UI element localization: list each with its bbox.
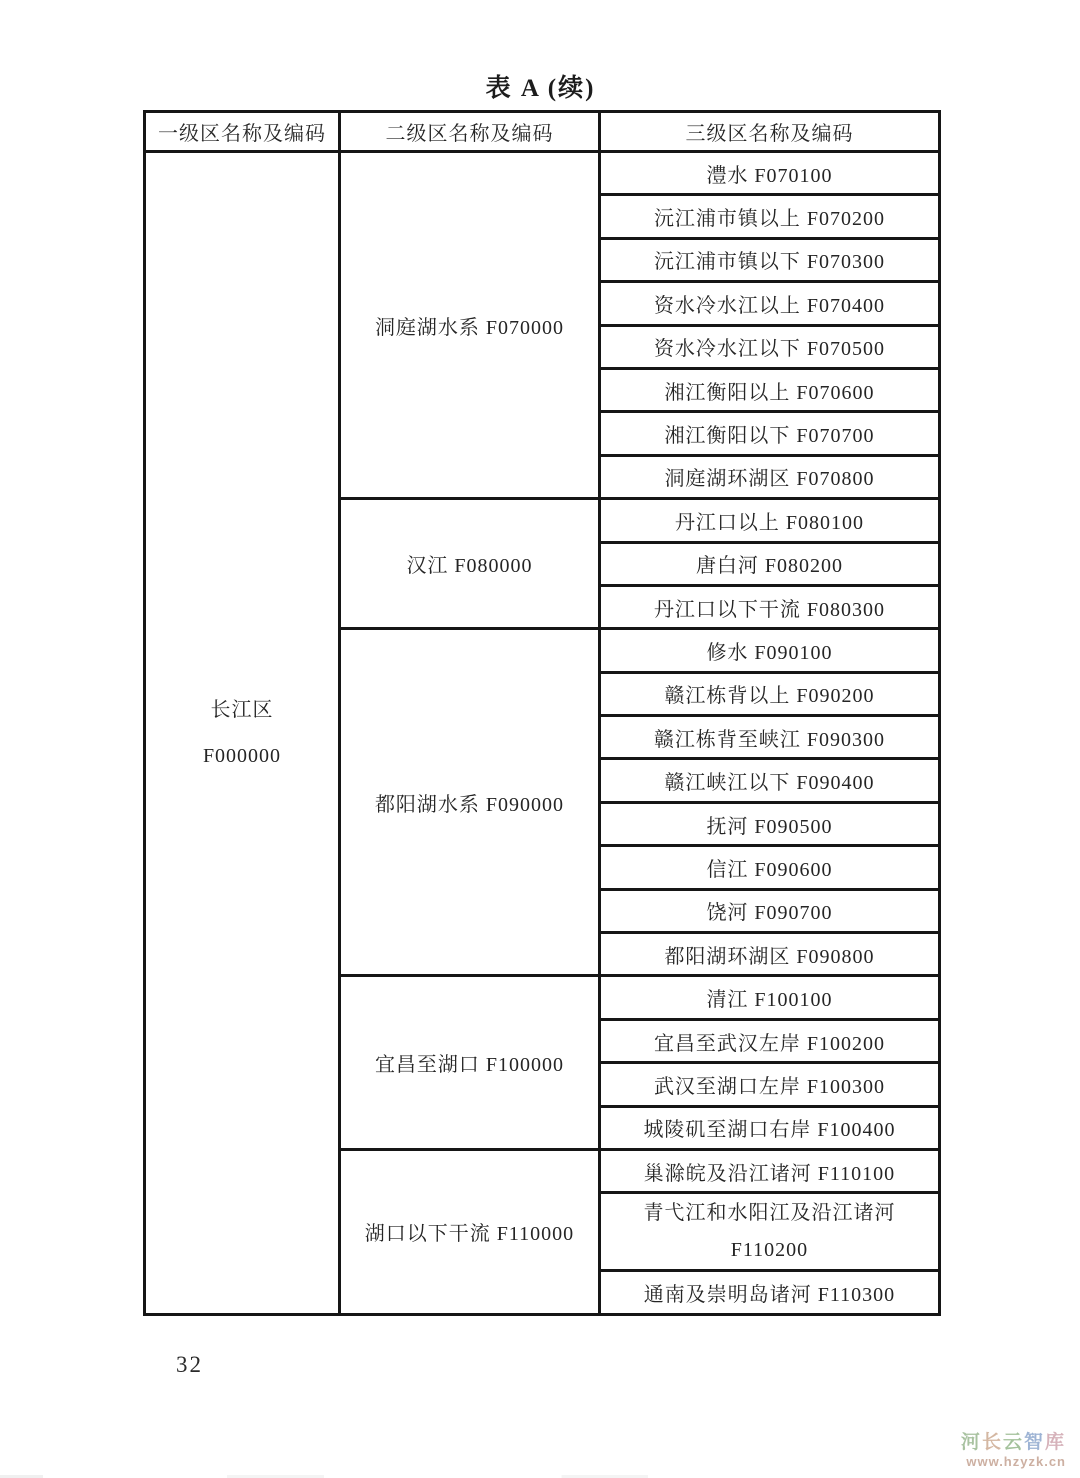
level3-region-line: 青弋江和水阳江及沿江诸河 — [605, 1195, 934, 1232]
table-header: 一级区名称及编码 二级区名称及编码 三级区名称及编码 — [145, 112, 940, 152]
level3-region-cell: 沅江浦市镇以下 F070300 — [600, 238, 940, 281]
watermark-url: www.hzyzk.cn — [961, 1454, 1066, 1470]
watermark-brand-char: 智 — [1024, 1432, 1045, 1453]
level3-region-cell: 湘江衡阳以上 F070600 — [600, 368, 940, 411]
level1-region-name: 长江区 — [150, 687, 334, 733]
table-body: 长江区F000000洞庭湖水系 F070000澧水 F070100沅江浦市镇以上… — [145, 152, 940, 1315]
table-title: 表 A (续) — [143, 68, 938, 104]
header-row: 一级区名称及编码 二级区名称及编码 三级区名称及编码 — [145, 112, 940, 152]
region-code-table: 一级区名称及编码 二级区名称及编码 三级区名称及编码 长江区F000000洞庭湖… — [143, 110, 941, 1316]
watermark: 河长云智库 www.hzyzk.cn — [961, 1432, 1066, 1470]
level3-region-cell: 澧水 F070100 — [600, 152, 940, 195]
level3-region-cell: 修水 F090100 — [600, 629, 940, 672]
level1-region-code: F000000 — [150, 733, 334, 779]
level3-region-cell: 信江 F090600 — [600, 846, 940, 889]
level2-region-cell: 汉江 F080000 — [340, 499, 600, 629]
watermark-brand-char: 长 — [982, 1432, 1003, 1453]
level1-region-cell: 长江区F000000 — [145, 152, 340, 1315]
level3-region-cell: 唐白河 F080200 — [600, 542, 940, 585]
level3-region-cell: 赣江峡江以下 F090400 — [600, 759, 940, 802]
level3-region-cell: 丹江口以下干流 F080300 — [600, 585, 940, 628]
header-level2: 二级区名称及编码 — [340, 112, 600, 152]
level3-region-cell: 抚河 F090500 — [600, 802, 940, 845]
level3-region-cell: 清江 F100100 — [600, 976, 940, 1019]
level3-region-line: F110200 — [605, 1232, 934, 1269]
level3-region-cell: 赣江栋背以上 F090200 — [600, 672, 940, 715]
level3-region-cell: 湘江衡阳以下 F070700 — [600, 412, 940, 455]
level3-region-cell: 通南及崇明岛诸河 F110300 — [600, 1271, 940, 1314]
level2-region-cell: 宜昌至湖口 F100000 — [340, 976, 600, 1150]
level3-region-cell: 武汉至湖口左岸 F100300 — [600, 1063, 940, 1106]
table-row: 长江区F000000洞庭湖水系 F070000澧水 F070100 — [145, 152, 940, 195]
watermark-brand: 河长云智库 — [961, 1432, 1066, 1455]
level2-region-cell: 都阳湖水系 F090000 — [340, 629, 600, 976]
level3-region-cell: 资水冷水江以上 F070400 — [600, 282, 940, 325]
header-level3: 三级区名称及编码 — [600, 112, 940, 152]
level3-region-cell: 赣江栋背至峡江 F090300 — [600, 716, 940, 759]
header-level1: 一级区名称及编码 — [145, 112, 340, 152]
watermark-brand-char: 云 — [1003, 1432, 1024, 1453]
level3-region-cell: 青弋江和水阳江及沿江诸河F110200 — [600, 1193, 940, 1271]
level3-region-cell: 洞庭湖环湖区 F070800 — [600, 455, 940, 498]
level3-region-cell: 宜昌至武汉左岸 F100200 — [600, 1019, 940, 1062]
level3-region-cell: 巢滁皖及沿江诸河 F110100 — [600, 1149, 940, 1192]
level3-region-cell: 沅江浦市镇以上 F070200 — [600, 195, 940, 238]
level3-region-cell: 都阳湖环湖区 F090800 — [600, 933, 940, 976]
level3-region-cell: 饶河 F090700 — [600, 889, 940, 932]
level3-region-cell: 资水冷水江以下 F070500 — [600, 325, 940, 368]
level3-region-cell: 城陵矶至湖口右岸 F100400 — [600, 1106, 940, 1149]
watermark-brand-char: 河 — [961, 1432, 982, 1453]
level3-region-cell: 丹江口以上 F080100 — [600, 499, 940, 542]
page-number: 32 — [176, 1352, 203, 1378]
level2-region-cell: 湖口以下干流 F110000 — [340, 1149, 600, 1314]
watermark-brand-char: 库 — [1045, 1432, 1066, 1453]
level2-region-cell: 洞庭湖水系 F070000 — [340, 152, 600, 499]
